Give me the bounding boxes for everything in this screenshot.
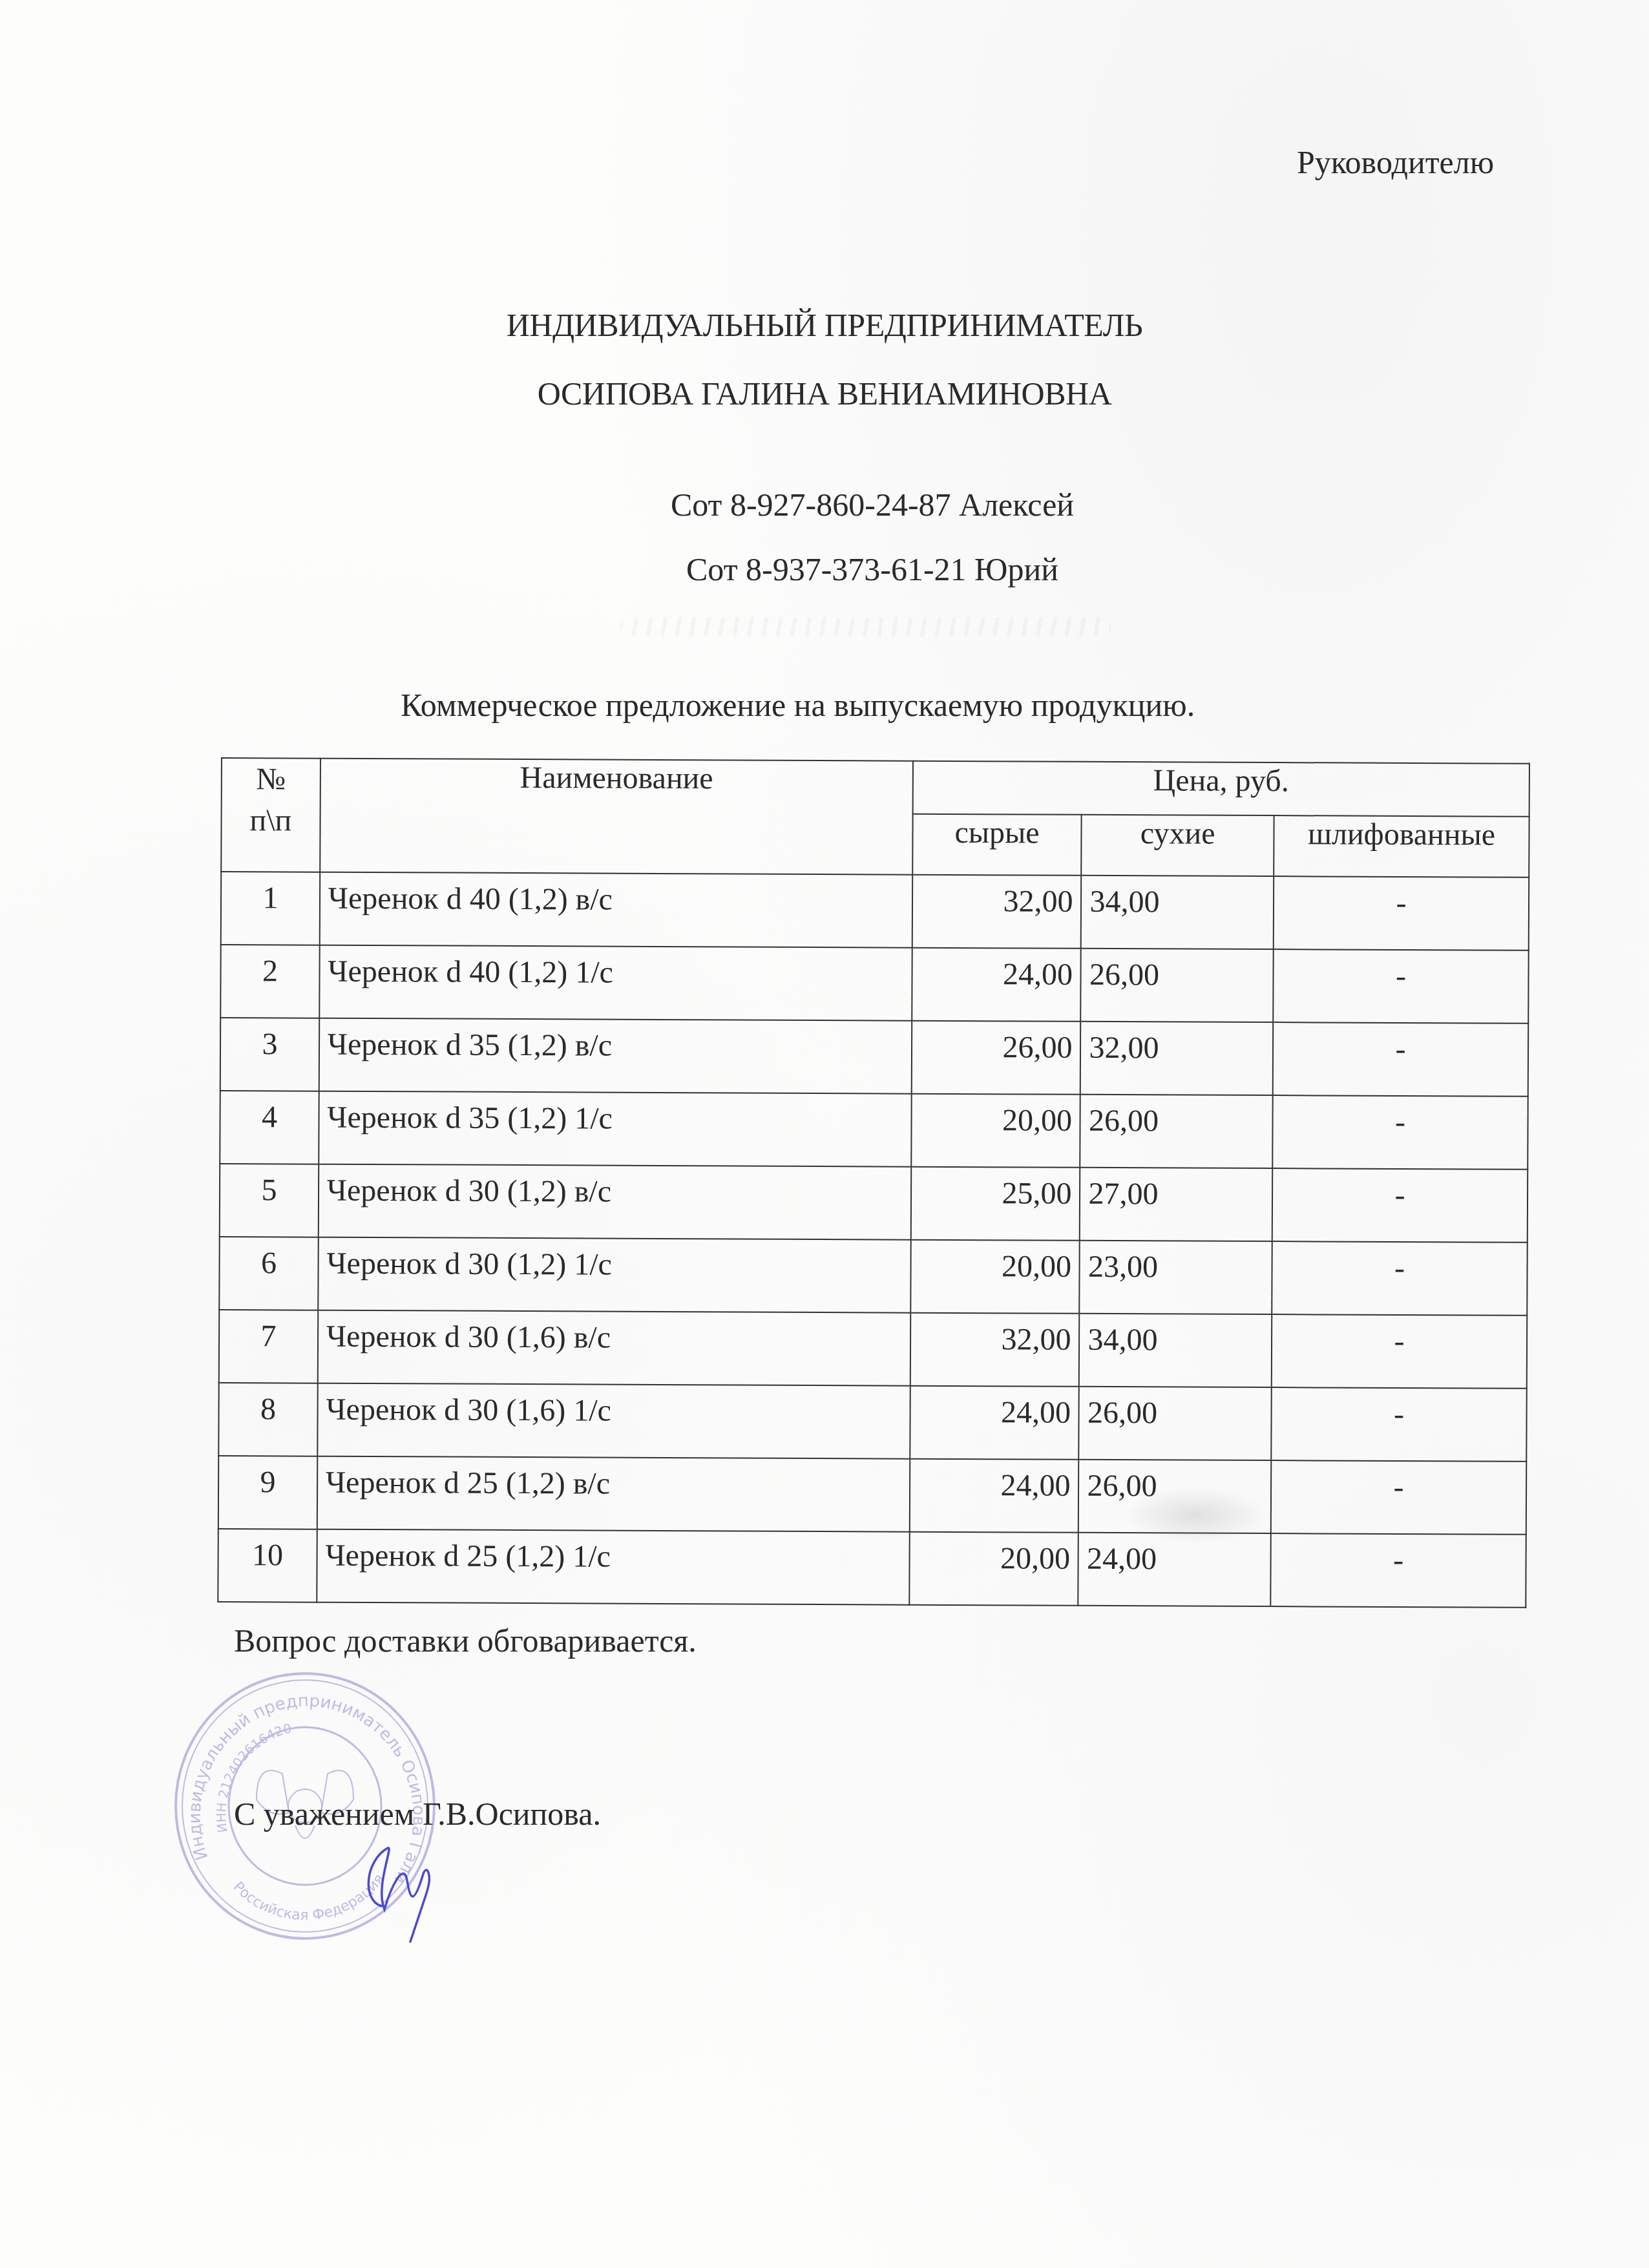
product-name: Черенок d 40 (1,2) 1/с	[319, 945, 912, 1021]
product-name: Черенок d 30 (1,6) 1/с	[317, 1383, 910, 1459]
price-polished: -	[1272, 1241, 1527, 1316]
row-number: 10	[218, 1529, 317, 1602]
header-price-dry: сухие	[1082, 815, 1274, 876]
price-polished: -	[1270, 1533, 1526, 1608]
table-row: 7Черенок d 30 (1,6) в/с32,0034,00-	[219, 1310, 1527, 1389]
price-polished: -	[1274, 876, 1529, 950]
paper-scuff-mark	[620, 617, 1111, 636]
header-price-polished: шлифованные	[1274, 815, 1529, 877]
header-price-group: Цена, руб.	[912, 761, 1529, 817]
price-raw: 20,00	[910, 1240, 1080, 1314]
product-name: Черенок d 30 (1,2) в/с	[319, 1164, 911, 1240]
product-name: Черенок d 35 (1,2) 1/с	[319, 1091, 911, 1167]
price-dry: 26,00	[1079, 1387, 1272, 1460]
product-name: Черенок d 30 (1,2) 1/с	[318, 1237, 910, 1313]
price-polished: -	[1273, 949, 1528, 1024]
header-number-symbol: №	[256, 762, 286, 796]
product-name: Черенок d 30 (1,6) в/с	[318, 1310, 910, 1386]
entrepreneur-title: ИНДИВИДУАЛЬНЫЙ ПРЕДПРИНИМАТЕЛЬ	[0, 306, 1649, 344]
contact-phone-1: Сот 8-927-860-24-87 Алексей	[0, 486, 1649, 523]
price-raw: 20,00	[911, 1094, 1080, 1168]
price-polished: -	[1273, 1022, 1528, 1097]
row-number: 5	[220, 1164, 319, 1237]
price-raw: 20,00	[909, 1532, 1078, 1606]
table-row: 5Черенок d 30 (1,2) в/с25,0027,00-	[220, 1164, 1528, 1243]
table-row: 2Черенок d 40 (1,2) 1/с24,0026,00-	[220, 945, 1528, 1024]
row-number: 2	[220, 945, 319, 1018]
table-row: 4Черенок d 35 (1,2) 1/с20,0026,00-	[220, 1091, 1528, 1170]
table-row: 3Черенок d 35 (1,2) в/с26,0032,00-	[220, 1018, 1528, 1097]
header-price-raw: сырые	[912, 814, 1082, 876]
addressee: Руководителю	[1297, 143, 1494, 181]
price-polished: -	[1272, 1095, 1528, 1170]
entrepreneur-name: ОСИПОВА ГАЛИНА ВЕНИАМИНОВНА	[0, 375, 1649, 412]
price-polished: -	[1272, 1314, 1527, 1389]
price-raw: 24,00	[912, 948, 1081, 1022]
price-raw: 25,00	[910, 1167, 1080, 1241]
price-raw: 26,00	[911, 1021, 1080, 1095]
row-number: 7	[219, 1310, 318, 1383]
ink-smudge	[1124, 1486, 1266, 1544]
delivery-note: Вопрос доставки обговаривается.	[234, 1622, 697, 1659]
row-number: 9	[218, 1456, 317, 1529]
price-raw: 32,00	[910, 1313, 1079, 1387]
closing-signature-line: С уважением Г.В.Осипова.	[234, 1795, 601, 1832]
price-raw: 24,00	[910, 1386, 1079, 1460]
price-dry: 26,00	[1080, 1095, 1273, 1168]
offer-heading: Коммерческое предложение на выпускаемую …	[401, 686, 1195, 724]
row-number: 8	[218, 1383, 317, 1456]
price-polished: -	[1272, 1168, 1528, 1243]
price-polished: -	[1271, 1387, 1526, 1462]
price-table-body: 1Черенок d 40 (1,2) в/с32,0034,00-2Черен…	[218, 872, 1529, 1608]
row-number: 6	[219, 1237, 318, 1310]
handwritten-signature	[349, 1835, 459, 1945]
header-number: № п\п	[221, 758, 320, 872]
price-raw: 24,00	[909, 1459, 1078, 1533]
row-number: 1	[221, 872, 320, 945]
price-dry: 26,00	[1081, 949, 1274, 1022]
price-table: № п\п Наименование Цена, руб. сырые сухи…	[217, 757, 1530, 1608]
price-dry: 34,00	[1081, 876, 1274, 949]
header-number-sub: п\п	[250, 803, 292, 837]
table-row: 1Черенок d 40 (1,2) в/с32,0034,00-	[221, 872, 1529, 950]
product-name: Черенок d 25 (1,2) в/с	[317, 1456, 910, 1532]
table-row: 6Черенок d 30 (1,2) 1/с20,0023,00-	[219, 1237, 1527, 1316]
product-name: Черенок d 25 (1,2) 1/с	[317, 1529, 909, 1605]
price-dry: 27,00	[1080, 1168, 1272, 1241]
table-row: 8Черенок d 30 (1,6) 1/с24,0026,00-	[218, 1383, 1526, 1462]
price-dry: 34,00	[1079, 1314, 1272, 1387]
table-row: 9Черенок d 25 (1,2) в/с24,0026,00-	[218, 1456, 1526, 1535]
price-dry: 23,00	[1080, 1241, 1272, 1314]
table-row: 10Черенок d 25 (1,2) 1/с20,0024,00-	[218, 1529, 1526, 1608]
price-dry: 32,00	[1080, 1022, 1273, 1095]
row-number: 3	[220, 1018, 319, 1091]
row-number: 4	[220, 1091, 319, 1164]
header-name: Наименование	[320, 759, 913, 875]
contact-phone-2: Сот 8-937-373-61-21 Юрий	[0, 551, 1649, 588]
price-polished: -	[1271, 1460, 1526, 1535]
price-raw: 32,00	[912, 875, 1081, 949]
product-name: Черенок d 40 (1,2) в/с	[320, 872, 912, 948]
product-name: Черенок d 35 (1,2) в/с	[319, 1018, 912, 1094]
